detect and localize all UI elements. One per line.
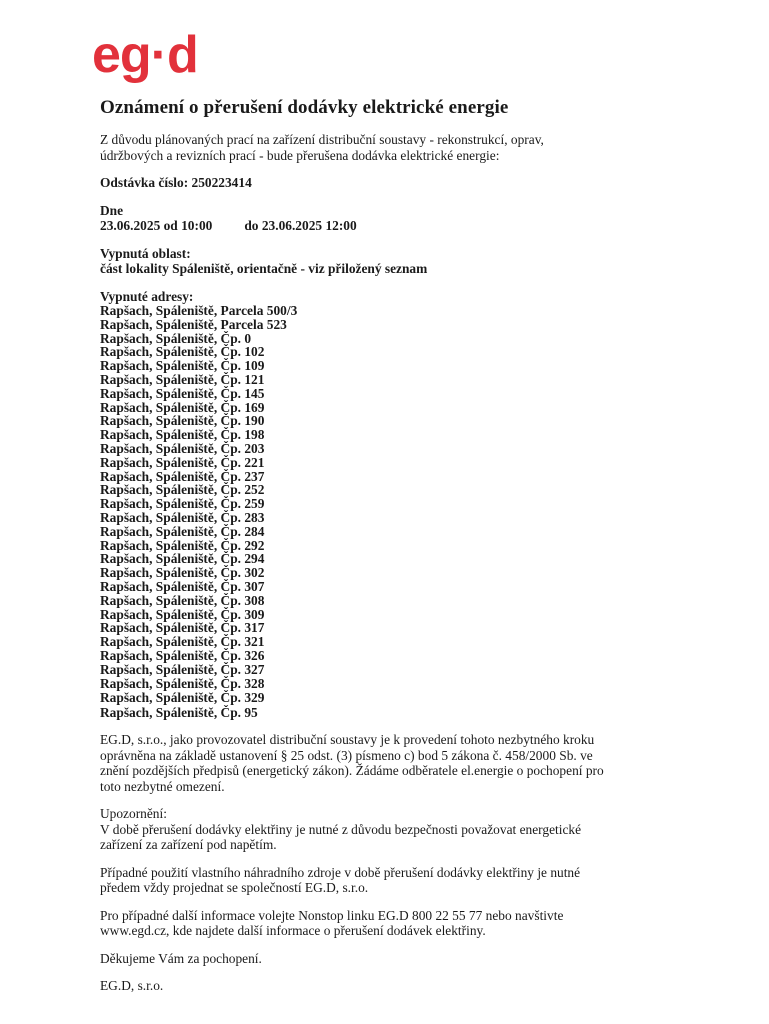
- address-item: Rapšach, Spáleniště, Parcela 523: [100, 318, 720, 332]
- address-item: Rapšach, Spáleniště, Čp. 145: [100, 387, 720, 401]
- address-item: Rapšach, Spáleniště, Čp. 121: [100, 373, 720, 387]
- warning-label: Upozornění:: [100, 806, 720, 822]
- egd-logo: eg·d: [92, 30, 240, 86]
- address-item: Rapšach, Spáleniště, Čp. 102: [100, 345, 720, 359]
- warning-line: zařízení za zařízení pod napětím.: [100, 837, 720, 853]
- address-item: Rapšach, Spáleniště, Čp. 329: [100, 690, 720, 705]
- area-value: část lokality Spáleniště, orientačně - v…: [100, 261, 720, 277]
- notice-document: Oznámení o přerušení dodávky elektrické …: [100, 97, 720, 994]
- legal-line: znění pozdějších předpisů (energetický z…: [100, 763, 720, 779]
- address-item: Rapšach, Spáleniště, Čp. 203: [100, 442, 720, 456]
- address-item: Rapšach, Spáleniště, Čp. 328: [100, 677, 720, 691]
- area-label: Vypnutá oblast:: [100, 246, 720, 262]
- warning-line: V době přerušení dodávky elektřiny je nu…: [100, 822, 720, 838]
- signature: EG.D, s.r.o.: [100, 978, 720, 994]
- address-item: Rapšach, Spáleniště, Čp. 307: [100, 580, 720, 594]
- address-item: Rapšach, Spáleniště, Čp. 252: [100, 483, 720, 497]
- info-line: Pro případné další informace volejte Non…: [100, 908, 720, 924]
- info-paragraph: Pro případné další informace volejte Non…: [100, 908, 720, 939]
- address-item: Rapšach, Spáleniště, Čp. 321: [100, 635, 720, 649]
- warning-paragraph: Upozornění: V době přerušení dodávky ele…: [100, 806, 720, 853]
- notice-title: Oznámení o přerušení dodávky elektrické …: [100, 97, 720, 119]
- outage-number: Odstávka číslo: 250223414: [100, 175, 720, 191]
- generator-paragraph: Případné použití vlastního náhradního zd…: [100, 865, 720, 896]
- address-item: Rapšach, Spáleniště, Čp. 317: [100, 621, 720, 635]
- info-line: www.egd.cz, kde najdete další informace …: [100, 923, 720, 939]
- address-item: Rapšach, Spáleniště, Čp. 0: [100, 332, 720, 346]
- legal-line: toto nezbytné omezení.: [100, 779, 720, 795]
- address-item: Rapšach, Spáleniště, Čp. 237: [100, 470, 720, 484]
- date-range: 23.06.2025 od 10:00do 23.06.2025 12:00: [100, 218, 720, 234]
- address-item: Rapšach, Spáleniště, Čp. 284: [100, 525, 720, 539]
- date-label: Dne: [100, 203, 720, 219]
- egd-logo-icon: eg·d: [92, 30, 240, 86]
- date-from: 23.06.2025 od 10:00: [100, 218, 212, 233]
- address-item: Rapšach, Spáleniště, Čp. 294: [100, 552, 720, 566]
- address-item: Rapšach, Spáleniště, Čp. 327: [100, 663, 720, 677]
- generator-line: předem vždy projednat se společností EG.…: [100, 880, 720, 896]
- address-item: Rapšach, Spáleniště, Čp. 283: [100, 511, 720, 525]
- address-item: Rapšach, Spáleniště, Parcela 500/3: [100, 304, 720, 318]
- address-item: Rapšach, Spáleniště, Čp. 198: [100, 428, 720, 442]
- legal-line: EG.D, s.r.o., jako provozovatel distribu…: [100, 732, 720, 748]
- address-item: Rapšach, Spáleniště, Čp. 169: [100, 401, 720, 415]
- legal-line: oprávněna na základě ustanovení § 25 ods…: [100, 748, 720, 764]
- address-item: Rapšach, Spáleniště, Čp. 302: [100, 566, 720, 580]
- address-item: Rapšach, Spáleniště, Čp. 221: [100, 456, 720, 470]
- date-to: do 23.06.2025 12:00: [244, 218, 356, 233]
- intro-paragraph: Z důvodu plánovaných prací na zařízení d…: [100, 132, 720, 163]
- address-item: Rapšach, Spáleniště, Čp. 259: [100, 497, 720, 511]
- address-item: Rapšach, Spáleniště, Čp. 308: [100, 594, 720, 608]
- legal-paragraph: EG.D, s.r.o., jako provozovatel distribu…: [100, 732, 720, 794]
- address-item: Rapšach, Spáleniště, Čp. 190: [100, 414, 720, 428]
- address-item: Rapšach, Spáleniště, Čp. 95: [100, 705, 720, 720]
- intro-line: Z důvodu plánovaných prací na zařízení d…: [100, 132, 720, 148]
- generator-line: Případné použití vlastního náhradního zd…: [100, 865, 720, 881]
- address-item: Rapšach, Spáleniště, Čp. 109: [100, 359, 720, 373]
- svg-text:eg·d: eg·d: [92, 30, 198, 84]
- address-item: Rapšach, Spáleniště, Čp. 309: [100, 608, 720, 622]
- address-item: Rapšach, Spáleniště, Čp. 292: [100, 539, 720, 553]
- address-list: Rapšach, Spáleniště, Parcela 500/3Rapšac…: [100, 304, 720, 720]
- intro-line: údržbových a revizních prací - bude přer…: [100, 148, 720, 164]
- address-item: Rapšach, Spáleniště, Čp. 326: [100, 649, 720, 663]
- thanks-text: Děkujeme Vám za pochopení.: [100, 951, 720, 967]
- addresses-label: Vypnuté adresy:: [100, 289, 720, 305]
